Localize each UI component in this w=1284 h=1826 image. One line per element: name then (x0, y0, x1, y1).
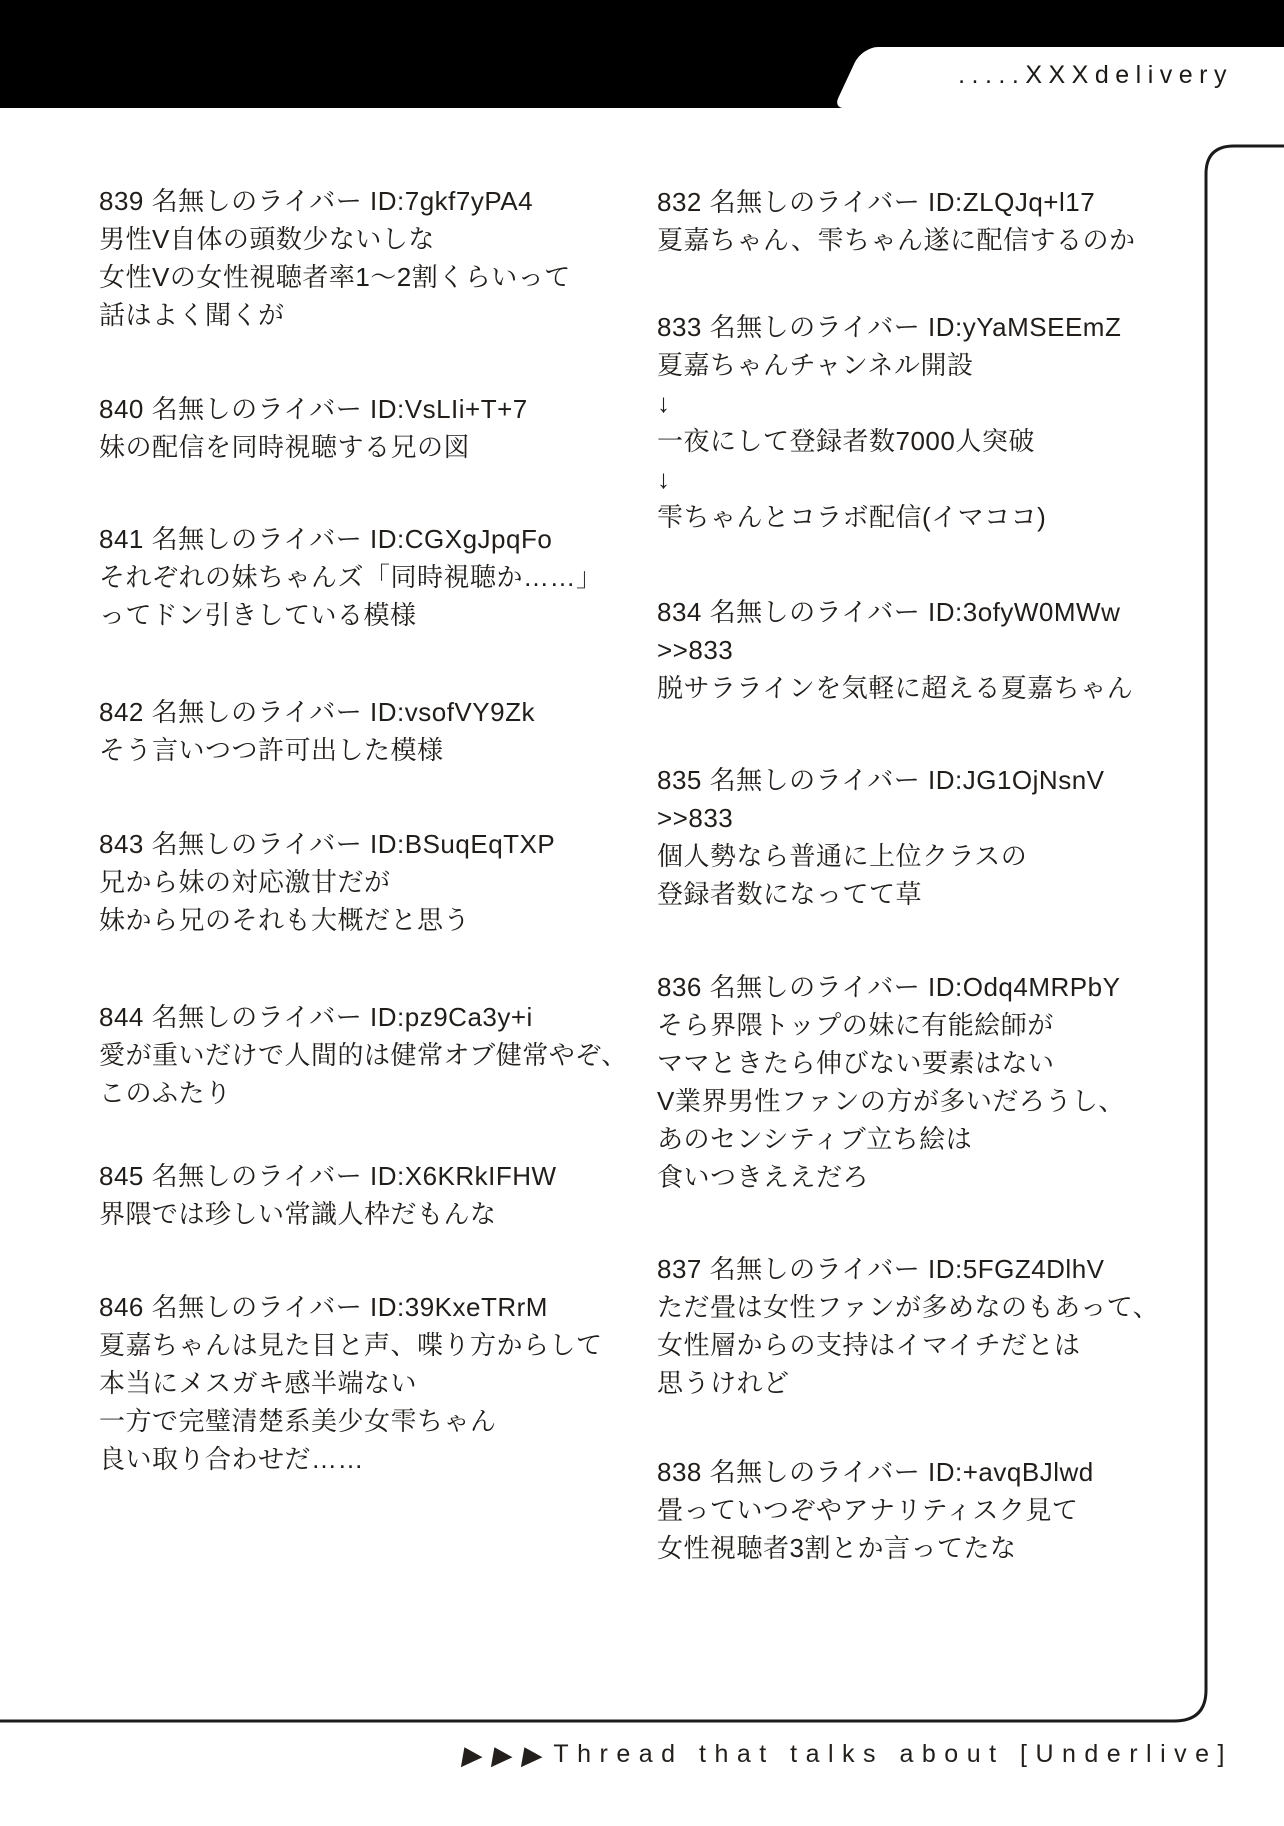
footer: ▶ ▶ ▶ Thread that talks about [Underlive… (463, 1740, 1233, 1769)
post-842: 842 名無しのライバー ID:vsofVY9Zkそう言いつつ許可出した模様 (99, 693, 535, 769)
post-line: 食いつきええだろ (657, 1158, 1125, 1196)
post-header: 840 名無しのライバー ID:VsLIi+T+7 (99, 390, 528, 428)
post-line: 妹から兄のそれも大概だと思う (99, 901, 555, 939)
post-line: 兄から妹の対応激甘だが (99, 863, 555, 901)
post-line: そう言いつつ許可出した模様 (99, 731, 535, 769)
post-line: 夏嘉ちゃん、雫ちゃん遂に配信するのか (657, 221, 1136, 259)
post-line: 界隈では珍しい常識人枠だもんな (99, 1195, 557, 1233)
post-line: 女性視聴者3割とか言ってたな (657, 1529, 1094, 1567)
post-header: 833 名無しのライバー ID:yYaMSEEmZ (657, 308, 1121, 346)
post-840: 840 名無しのライバー ID:VsLIi+T+7妹の配信を同時視聴する兄の図 (99, 390, 528, 466)
post-line: 雫ちゃんとコラボ配信(イマココ) (657, 498, 1121, 536)
play-arrow-icon: ▶ (461, 1742, 486, 1768)
post-837: 837 名無しのライバー ID:5FGZ4DlhVただ畳は女性ファンが多めなのも… (657, 1250, 1159, 1402)
post-line: それぞれの妹ちゃんズ「同時視聴か……」 (99, 558, 603, 596)
post-line: 夏嘉ちゃんチャンネル開設 (657, 346, 1121, 384)
post-832: 832 名無しのライバー ID:ZLQJq+l17夏嘉ちゃん、雫ちゃん遂に配信す… (657, 183, 1136, 259)
post-header: 845 名無しのライバー ID:X6KRkIFHW (99, 1157, 557, 1195)
post-line: 本当にメスガキ感半端ない (99, 1364, 603, 1402)
post-line: 思うけれど (657, 1364, 1159, 1402)
post-839: 839 名無しのライバー ID:7gkf7yPA4男性V自体の頭数少ないしな女性… (99, 182, 571, 334)
post-header: 844 名無しのライバー ID:pz9Ca3y+i (99, 998, 628, 1036)
post-line: 愛が重いだけで人間的は健常オブ健常やぞ、 (99, 1036, 628, 1074)
post-header: 839 名無しのライバー ID:7gkf7yPA4 (99, 182, 571, 220)
post-anchor-line: >>833 (657, 799, 1105, 837)
post-line: ってドン引きしている模様 (99, 596, 603, 634)
header-band (0, 0, 1284, 108)
post-line: 個人勢なら普通に上位クラスの (657, 837, 1105, 875)
post-header: 832 名無しのライバー ID:ZLQJq+l17 (657, 183, 1136, 221)
footer-title: Thread that talks about [Underlive] (553, 1740, 1233, 1769)
post-header: 838 名無しのライバー ID:+avqBJlwd (657, 1453, 1094, 1491)
post-line: 一方で完璧清楚系美少女雫ちゃん (99, 1402, 603, 1440)
post-line: そら界隈トップの妹に有能絵師が (657, 1006, 1125, 1044)
post-846: 846 名無しのライバー ID:39KxeTRrM夏嘉ちゃんは見た目と声、喋り方… (99, 1288, 603, 1478)
post-line: V業界男性ファンの方が多いだろうし、 (657, 1082, 1125, 1120)
post-line: このふたり (99, 1074, 628, 1112)
post-line: 女性層からの支持はイマイチだとは (657, 1326, 1159, 1364)
post-line: 男性V自体の頭数少ないしな (99, 220, 571, 258)
post-header: 834 名無しのライバー ID:3ofyW0MWw (657, 593, 1133, 631)
post-header: 835 名無しのライバー ID:JG1OjNsnV (657, 761, 1105, 799)
post-843: 843 名無しのライバー ID:BSuqEqTXP兄から妹の対応激甘だが妹から兄… (99, 825, 555, 939)
post-841: 841 名無しのライバー ID:CGXgJpqFoそれぞれの妹ちゃんズ「同時視聴… (99, 520, 603, 634)
post-844: 844 名無しのライバー ID:pz9Ca3y+i愛が重いだけで人間的は健常オブ… (99, 998, 628, 1112)
post-836: 836 名無しのライバー ID:Odq4MRPbYそら界隈トップの妹に有能絵師が… (657, 968, 1125, 1196)
post-line: 女性Vの女性視聴者率1〜2割くらいって (99, 258, 571, 296)
post-line: 登録者数になってて草 (657, 875, 1105, 913)
post-line: 妹の配信を同時視聴する兄の図 (99, 428, 528, 466)
play-arrow-icon: ▶ (491, 1742, 516, 1768)
post-header: 843 名無しのライバー ID:BSuqEqTXP (99, 825, 555, 863)
post-838: 838 名無しのライバー ID:+avqBJlwd畳っていつぞやアナリティスク見… (657, 1453, 1094, 1567)
post-835: 835 名無しのライバー ID:JG1OjNsnV>>833個人勢なら普通に上位… (657, 761, 1105, 913)
post-line: 話はよく聞くが (99, 296, 571, 334)
post-line: 一夜にして登録者数7000人突破 (657, 422, 1121, 460)
post-834: 834 名無しのライバー ID:3ofyW0MWw>>833脱サララインを気軽に… (657, 593, 1133, 707)
post-line: ↓ (657, 460, 1121, 498)
post-header: 846 名無しのライバー ID:39KxeTRrM (99, 1288, 603, 1326)
post-line: 夏嘉ちゃんは見た目と声、喋り方からして (99, 1326, 603, 1364)
post-line: 良い取り合わせだ…… (99, 1440, 603, 1478)
post-header: 842 名無しのライバー ID:vsofVY9Zk (99, 693, 535, 731)
post-line: ↓ (657, 384, 1121, 422)
post-header: 841 名無しのライバー ID:CGXgJpqFo (99, 520, 603, 558)
brand-label: .....XXXdelivery (958, 61, 1233, 90)
post-line: ママときたら伸びない要素はない (657, 1044, 1125, 1082)
post-833: 833 名無しのライバー ID:yYaMSEEmZ夏嘉ちゃんチャンネル開設↓一夜… (657, 308, 1121, 536)
post-line: 畳っていつぞやアナリティスク見て (657, 1491, 1094, 1529)
post-line: あのセンシティブ立ち絵は (657, 1120, 1125, 1158)
post-header: 836 名無しのライバー ID:Odq4MRPbY (657, 968, 1125, 1006)
post-line: 脱サララインを気軽に超える夏嘉ちゃん (657, 669, 1133, 707)
play-arrow-icon: ▶ (521, 1742, 546, 1768)
post-line: ただ畳は女性ファンが多めなのもあって、 (657, 1288, 1159, 1326)
post-anchor-line: >>833 (657, 631, 1133, 669)
post-header: 837 名無しのライバー ID:5FGZ4DlhV (657, 1250, 1159, 1288)
post-845: 845 名無しのライバー ID:X6KRkIFHW界隈では珍しい常識人枠だもんな (99, 1157, 557, 1233)
